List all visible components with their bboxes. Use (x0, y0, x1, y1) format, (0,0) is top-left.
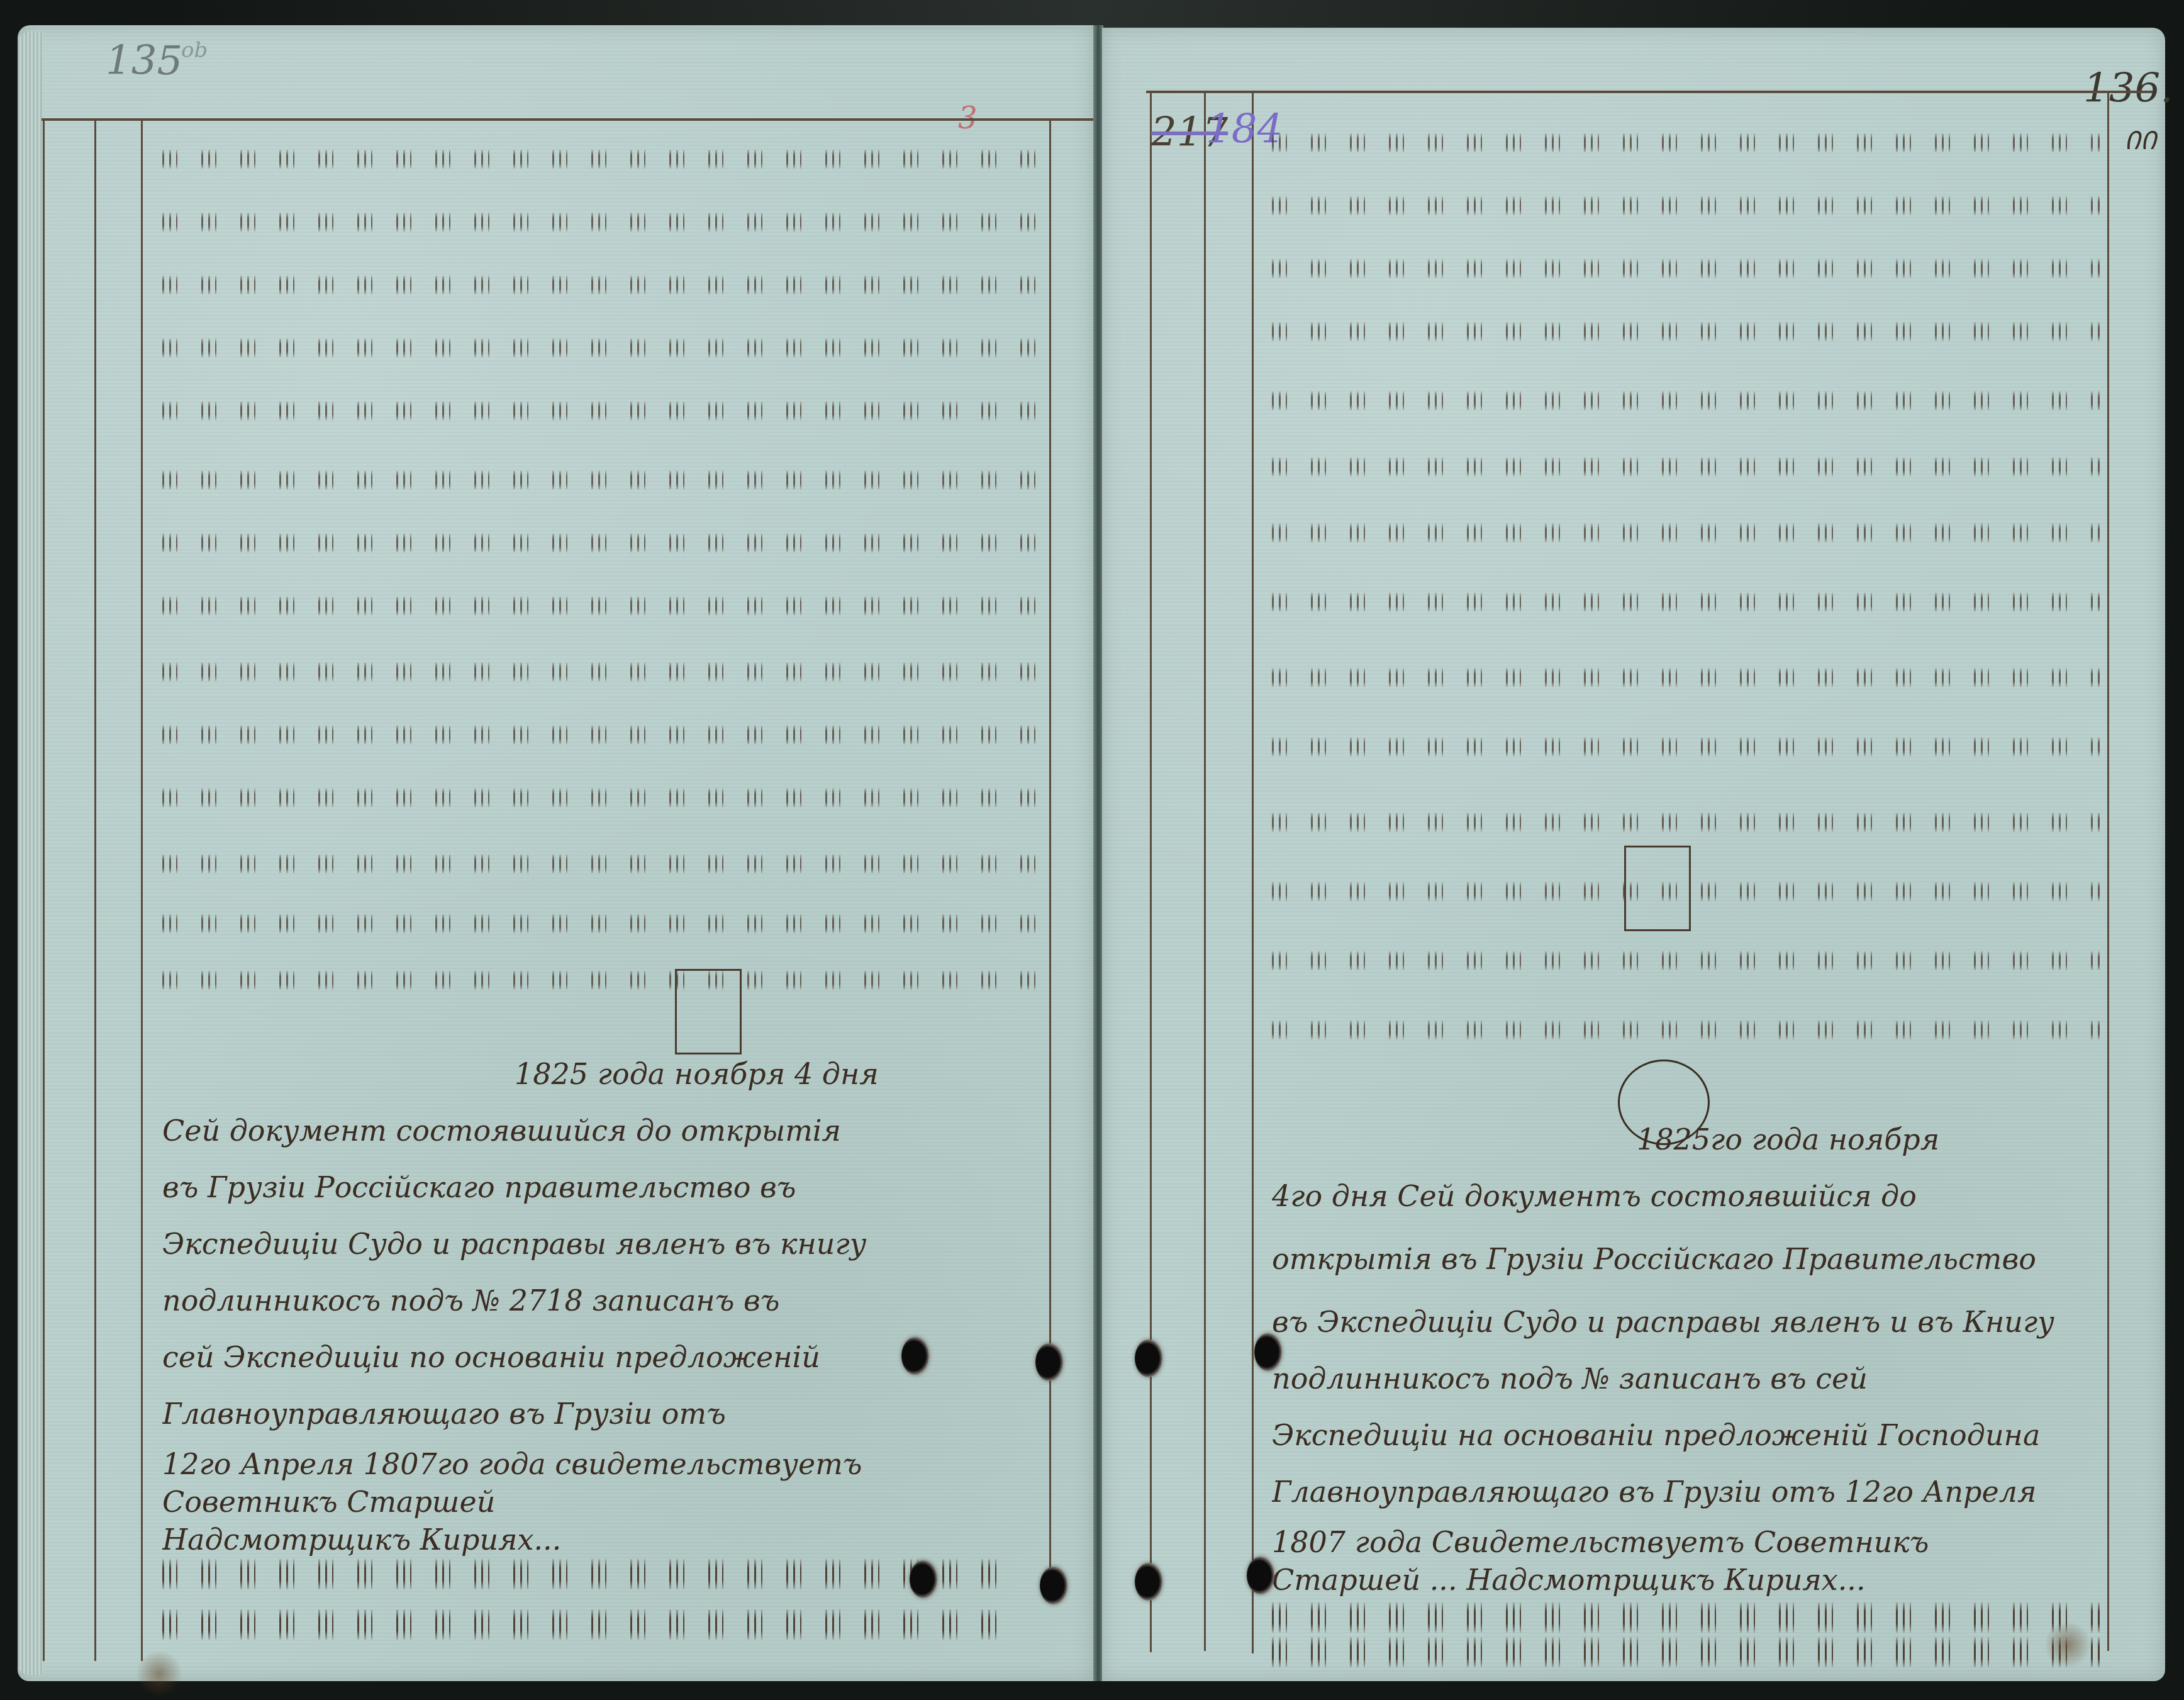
russian-closing-and-signature: Старшей ... Надсмотрщикъ Кириях... (1272, 1563, 2102, 1664)
signature-box (1624, 846, 1691, 931)
georgian-line (1272, 248, 2102, 286)
georgian-line (1272, 380, 2102, 418)
georgian-line (162, 903, 1043, 941)
punch-hole (1135, 1563, 1162, 1601)
punch-hole (901, 1337, 929, 1375)
ink-stain (137, 1648, 181, 1699)
georgian-line (1272, 802, 2102, 839)
georgian-line (162, 138, 1043, 176)
georgian-line (162, 714, 1043, 752)
russian-line: Экспедиціи Судо и расправы явленъ въ кни… (162, 1227, 1056, 1265)
signature-line (1272, 1632, 2102, 1670)
russian-line: подлинникосъ подъ № записанъ въ сей (1272, 1362, 2102, 1399)
russian-line: Сей документ состоявшийся до открытія (162, 1114, 1056, 1151)
russian-line: Старшей ... Надсмотрщикъ Кириях... (1272, 1563, 2102, 1601)
georgian-line (1272, 657, 2102, 695)
margin-rule-1 (1150, 92, 1152, 1652)
right-column-rule (2107, 91, 2109, 1651)
signature-line (162, 1554, 1011, 1592)
punch-hole (1135, 1339, 1162, 1377)
georgian-line (1272, 726, 2102, 764)
georgian-line (1272, 512, 2102, 550)
margin-rule-3 (141, 120, 143, 1661)
russian-line: 1825 года ноября 4 дня (515, 1057, 1056, 1095)
signature-line (162, 1604, 1011, 1642)
entry-number-current: 184 (1206, 106, 1283, 153)
georgian-line (1272, 1009, 2102, 1047)
margin-rule-2 (1204, 91, 1206, 1651)
ink-stain (2046, 1619, 2090, 1670)
russian-line: 12го Апреля 1807го года свидетельствуетъ (162, 1447, 1056, 1485)
russian-line: Главноуправляющаго въ Грузіи отъ (162, 1397, 1056, 1434)
punch-hole (1035, 1343, 1063, 1381)
georgian-line (162, 651, 1043, 689)
margin-note: ᲘᲘ (2124, 122, 2156, 157)
georgian-line (162, 585, 1043, 623)
russian-line: Экспедиціи на основаніи предложеній Госп… (1272, 1418, 2102, 1456)
russian-line: 4го дня Сей документъ состоявшійся до (1272, 1179, 2102, 1217)
georgian-line (162, 459, 1043, 497)
signature-box (675, 969, 742, 1054)
georgian-line (1272, 940, 2102, 978)
georgian-signature (162, 1548, 1011, 1661)
margin-rule-3 (1252, 93, 1254, 1653)
russian-line: открытія въ Грузіи Россійскаго Правитель… (1272, 1242, 2102, 1280)
georgian-line (162, 327, 1043, 365)
georgian-line (162, 201, 1043, 239)
georgian-text-block (162, 120, 1043, 1063)
russian-line: 1807 года Свидетельствуетъ Советникъ (1272, 1525, 2102, 1563)
punch-hole (1040, 1567, 1067, 1604)
margin-rule-1 (43, 120, 45, 1661)
right-page: 136. 217 184 ᲘᲘ 1825го года ноября 4го д… (1102, 28, 2165, 1681)
georgian-line (162, 777, 1043, 815)
left-folio-suffix: ob (181, 38, 208, 63)
georgian-line (1272, 311, 2102, 349)
georgian-line (162, 843, 1043, 881)
georgian-line (1272, 581, 2102, 619)
georgian-line (162, 390, 1043, 428)
russian-line: Советникъ Старшей (162, 1485, 1056, 1523)
russian-line: въ Экспедиціи Судо и расправы явленъ и в… (1272, 1305, 2102, 1343)
russian-line: въ Грузіи Россійскаго правительство въ (162, 1170, 1056, 1208)
russian-registration-note: 1825го года ноября 4го дня Сей документъ… (1272, 1122, 2102, 1563)
georgian-line (1272, 122, 2102, 160)
georgian-line (162, 264, 1043, 302)
russian-registration-note: 1825 года ноября 4 дня Сей документ сост… (162, 1044, 1056, 1548)
left-folio-number: 135 (106, 38, 182, 84)
margin-rule-2 (94, 120, 96, 1661)
georgian-line (1272, 446, 2102, 484)
russian-line: подлинникосъ подъ № 2718 записанъ въ (162, 1283, 1056, 1321)
punch-hole (1254, 1333, 1282, 1371)
georgian-line (162, 522, 1043, 560)
russian-line: Главноуправляющаго въ Грузіи отъ 12го Ап… (1272, 1475, 2102, 1513)
punch-hole (1247, 1557, 1274, 1594)
georgian-line (162, 959, 1043, 997)
signature-line (1272, 1597, 2102, 1635)
punch-hole (910, 1560, 937, 1598)
georgian-line (1272, 185, 2102, 223)
left-page: 135 ob 3 1825 года ноября 4 дня Сей доку… (18, 25, 1093, 1681)
russian-line: 1825го года ноября (1637, 1122, 2102, 1160)
header-rule (1146, 91, 2153, 93)
